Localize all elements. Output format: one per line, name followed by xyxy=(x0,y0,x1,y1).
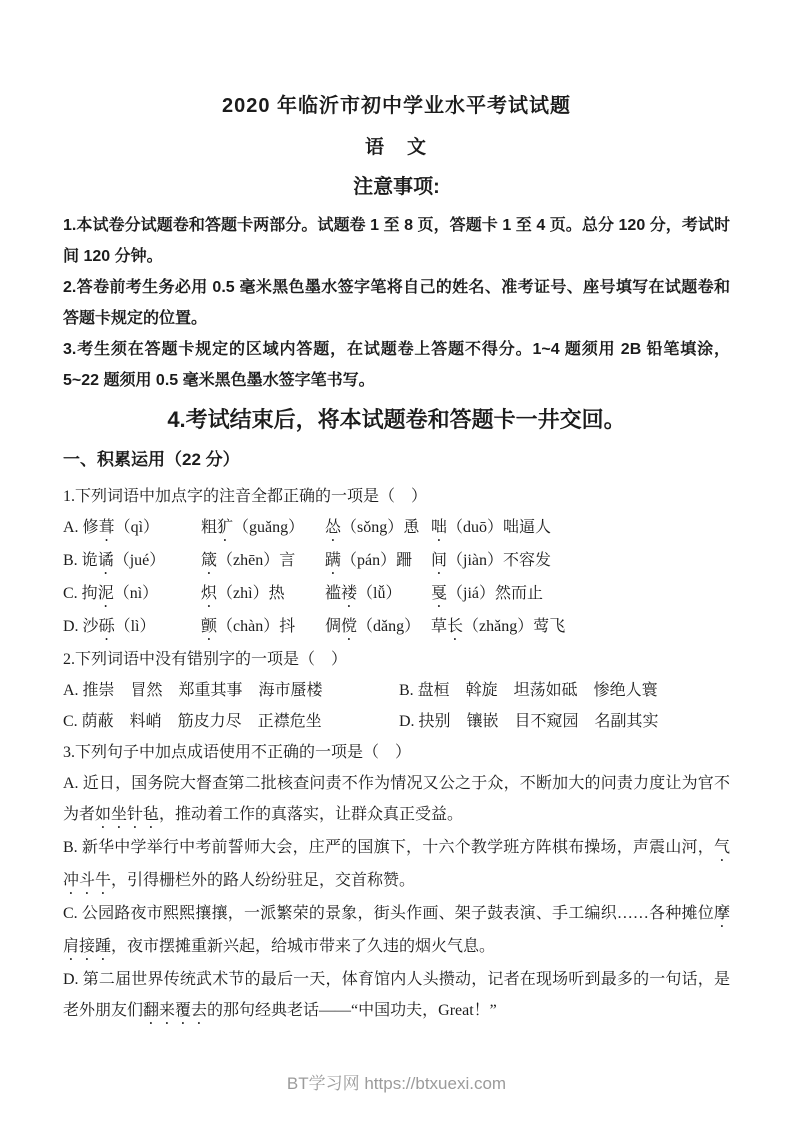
q1b-term-2: 箴（zhēn）言 xyxy=(201,545,325,578)
q3-stem: 3.下列句子中加点成语使用不正确的一项是（ ） xyxy=(63,737,730,768)
q1d-term-1: D. 沙砾（lì） xyxy=(63,611,201,644)
section-heading: 一、积累运用（22 分） xyxy=(63,445,730,475)
q2-option-b: B. 盘桓 斡旋 坦荡如砥 惨绝人寰 xyxy=(399,675,730,706)
q1d-term-3: 倜傥（dǎng） xyxy=(325,611,431,644)
q1c-term-4: 戛（jiá）然而止 xyxy=(431,578,730,611)
q1b-term-1: B. 诡谲（jué） xyxy=(63,545,201,578)
q1-option-row-b: B. 诡谲（jué） 箴（zhēn）言 蹒（pán）跚 间（jiàn）不容发 xyxy=(63,545,730,578)
notice-item-2: 2.答卷前考生务必用 0.5 毫米黑色墨水签字笔将自己的姓名、准考证号、座号填写… xyxy=(63,272,730,334)
q1a-term-2: 粗犷（guǎng） xyxy=(201,512,325,545)
exam-paper-page: 2020 年临沂市初中学业水平考试试题 语 文 注意事项: 1.本试卷分试题卷和… xyxy=(0,0,793,1122)
subject-title: 语 文 xyxy=(63,134,730,161)
q2-option-c: C. 荫蔽 料峭 筋皮力尽 正襟危坐 xyxy=(63,706,399,737)
notice-item-3: 3.考生须在答题卡规定的区域内答题，在试题卷上答题不得分。1~4 题须用 2B … xyxy=(63,334,730,396)
q1d-term-2: 颤（chàn）抖 xyxy=(201,611,325,644)
q1b-term-3: 蹒（pán）跚 xyxy=(325,545,431,578)
q1a-term-3: 怂（sǒng）恿 xyxy=(325,512,431,545)
q1c-term-1: C. 拘泥（nì） xyxy=(63,578,201,611)
q2-option-d: D. 抉别 镶嵌 目不窥园 名副其实 xyxy=(399,706,730,737)
q1-option-row-d: D. 沙砾（lì） 颤（chàn）抖 倜傥（dǎng） 草长（zhǎng）莺飞 xyxy=(63,611,730,644)
q2-stem: 2.下列词语中没有错别字的一项是（ ） xyxy=(63,644,730,675)
q1c-term-2: 炽（zhì）热 xyxy=(201,578,325,611)
q1b-term-4: 间（jiàn）不容发 xyxy=(431,545,730,578)
q1d-term-4: 草长（zhǎng）莺飞 xyxy=(431,611,730,644)
q3-option-a: A. 近日，国务院大督查第二批核查问责不作为情况又公之于众，不断加大的问责力度让… xyxy=(63,768,730,832)
notice-item-4: 4.考试结束后，将本试题卷和答题卡一井交回。 xyxy=(63,403,730,436)
q1a-term-1: A. 修葺（qì） xyxy=(63,512,201,545)
q1-option-row-c: C. 拘泥（nì） 炽（zhì）热 褴褛（lǚ） 戛（jiá）然而止 xyxy=(63,578,730,611)
q1-stem: 1.下列词语中加点字的注音全都正确的一项是（ ） xyxy=(63,481,730,512)
q3-option-d: D. 第二届世界传统武术节的最后一天，体育馆内人头攒动，记者在现场听到最多的一句… xyxy=(63,964,730,1028)
q2-option-a: A. 推崇 冒然 郑重其事 海市蜃楼 xyxy=(63,675,399,706)
q1a-term-4: 咄（duō）咄逼人 xyxy=(431,512,730,545)
q3-option-b: B. 新华中学举行中考前誓师大会，庄严的国旗下，十六个教学班方阵棋布操场，声震山… xyxy=(63,832,730,898)
notice-item-1: 1.本试卷分试题卷和答题卡两部分。试题卷 1 至 8 页，答题卡 1 至 4 页… xyxy=(63,210,730,272)
q2-options-grid: A. 推崇 冒然 郑重其事 海市蜃楼 B. 盘桓 斡旋 坦荡如砥 惨绝人寰 C.… xyxy=(63,675,730,737)
notice-heading: 注意事项: xyxy=(63,173,730,202)
q1c-term-3: 褴褛（lǚ） xyxy=(325,578,431,611)
q1-option-row-a: A. 修葺（qì） 粗犷（guǎng） 怂（sǒng）恿 咄（duō）咄逼人 xyxy=(63,512,730,545)
exam-title: 2020 年临沂市初中学业水平考试试题 xyxy=(63,92,730,120)
footer-watermark: BT学习网 https://btxuexi.com xyxy=(0,1069,793,1094)
q3-option-c: C. 公园路夜市熙熙攘攘，一派繁荣的景象，街头作画、架子鼓表演、手工编织……各种… xyxy=(63,898,730,964)
